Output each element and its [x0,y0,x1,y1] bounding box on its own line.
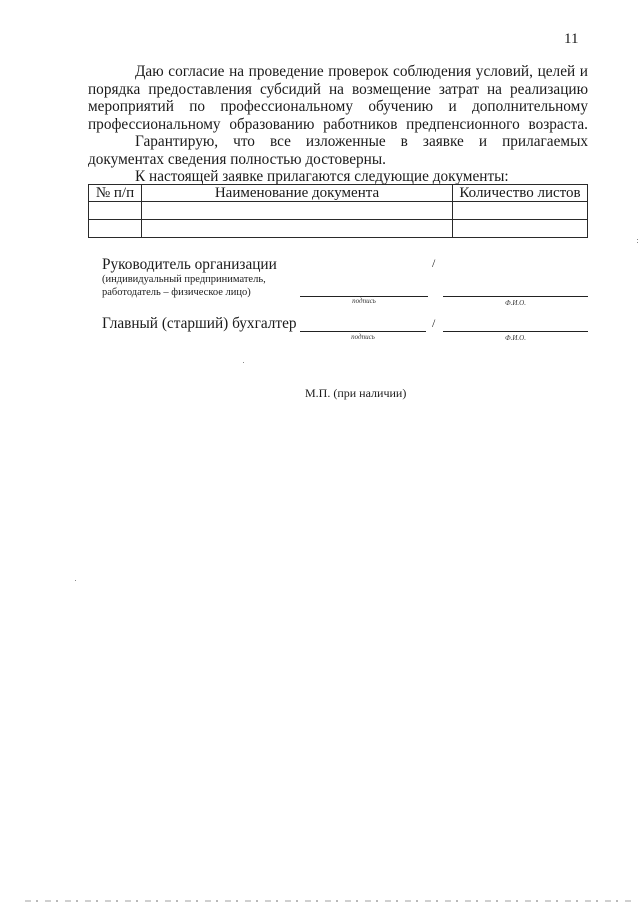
attachments-intro: К настоящей заявке прилагаются следующие… [88,168,588,186]
table-row [89,202,588,220]
accountant-signature-label: Главный (старший) бухгалтер [102,315,297,333]
scan-edge-artifact [25,900,635,902]
accountant-signature-field[interactable] [300,331,426,332]
consent-line: Даю согласие на проведение проверок собл… [88,63,588,81]
table-row [89,220,588,238]
table-header-row: № п/п Наименование документа Количество … [89,185,588,202]
stamp-note: М.П. (при наличии) [305,386,406,401]
header-number: № п/п [89,185,142,202]
accountant-separator: / [432,316,435,331]
head-name-caption: Ф.И.О. [443,299,588,307]
cell-number[interactable] [89,220,142,238]
cell-document-name[interactable] [142,220,453,238]
cell-number[interactable] [89,202,142,220]
consent-line: мероприятий по профессиональному обучени… [88,98,588,116]
head-name-field[interactable] [443,296,588,297]
cell-sheet-count[interactable] [453,202,588,220]
attachments-table: № п/п Наименование документа Количество … [88,184,588,238]
accountant-name-field[interactable] [443,331,588,332]
page-number: 11 [564,31,578,48]
accountant-signature-caption: подпись [300,333,426,341]
scan-speck [637,242,638,243]
head-separator: / [432,256,435,271]
head-signature-sublabel: (индивидуальный предприниматель, [102,273,266,286]
scan-speck [243,362,244,363]
accountant-name-caption: Ф.И.О. [443,334,588,342]
guarantee-line: Гарантирую, что все изложенные в заявке … [88,133,588,151]
consent-paragraph: Даю согласие на проведение проверок собл… [88,63,588,133]
consent-line: порядка предоставления субсидий на возме… [88,81,588,99]
head-signature-caption: подпись [300,297,428,305]
head-signature-label: Руководитель организации [102,256,277,274]
consent-line: профессиональному образованию работников… [88,116,588,134]
header-document-name: Наименование документа [142,185,453,202]
guarantee-paragraph: Гарантирую, что все изложенные в заявке … [88,133,588,168]
header-sheet-count: Количество листов [453,185,588,202]
cell-document-name[interactable] [142,202,453,220]
scan-speck [75,580,76,581]
head-signature-sublabel: работодатель – физическое лицо) [102,286,251,299]
cell-sheet-count[interactable] [453,220,588,238]
scan-speck [637,239,638,240]
guarantee-line: документах сведения полностью достоверны… [88,151,588,169]
